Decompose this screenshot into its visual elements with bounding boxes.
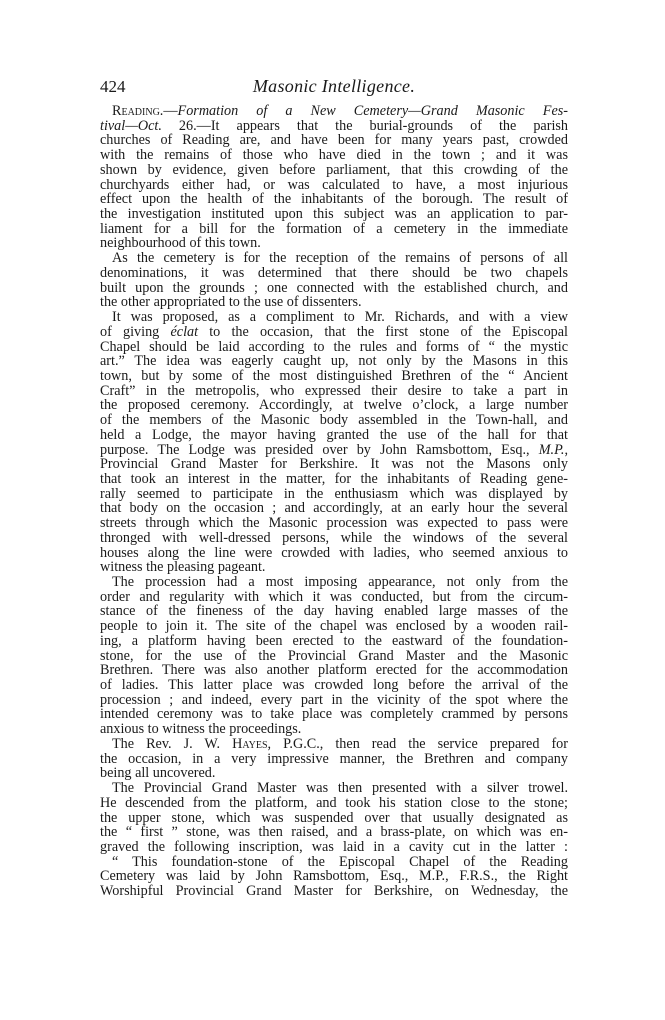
text-line: witness the pleasing pageant. bbox=[100, 560, 568, 575]
text-line: of giving éclat to the occasion, that th… bbox=[100, 325, 568, 340]
text-line: held a Lodge, the mayor having granted t… bbox=[100, 428, 568, 443]
text-line: intended ceremony was to take place was … bbox=[100, 707, 568, 722]
text-line: the other appropriated to the use of dis… bbox=[100, 295, 568, 310]
text-line: The Provincial Grand Master was then pre… bbox=[100, 781, 568, 796]
text-line: Reading.—Formation of a New Cemetery—Gra… bbox=[100, 104, 568, 119]
text-line: that took an interest in the matter, for… bbox=[100, 472, 568, 487]
text-line: order and regularity with which it was c… bbox=[100, 590, 568, 605]
text-line: denominations, it was determined that th… bbox=[100, 266, 568, 281]
text-line: Brethren. There was also another platfor… bbox=[100, 663, 568, 678]
text-line: the proposed ceremony. Accordingly, at t… bbox=[100, 398, 568, 413]
text-line: Provincial Grand Master for Berkshire. I… bbox=[100, 457, 568, 472]
text-line: that body on the occasion ; and accordin… bbox=[100, 501, 568, 516]
text-line: the occasion, in a very impressive manne… bbox=[100, 752, 568, 767]
text-line: purpose. The Lodge was presided over by … bbox=[100, 443, 568, 458]
text-line: thronged with well-dressed persons, whil… bbox=[100, 531, 568, 546]
text-line: people to join it. The site of the chape… bbox=[100, 619, 568, 634]
running-head: 424 Masonic Intelligence. bbox=[100, 77, 568, 97]
text-line: churchyards either had, or was calculate… bbox=[100, 178, 568, 193]
text-line: ing, a platform having been erected to t… bbox=[100, 634, 568, 649]
document-page: 424 Masonic Intelligence. Reading.—Forma… bbox=[0, 0, 665, 1020]
text-line: of the members of the Masonic body assem… bbox=[100, 413, 568, 428]
text-line: being all uncovered. bbox=[100, 766, 568, 781]
text-line: graved the following inscription, was la… bbox=[100, 840, 568, 855]
article-body: Reading.—Formation of a New Cemetery—Gra… bbox=[100, 104, 568, 899]
text-line: As the cemetery is for the reception of … bbox=[100, 251, 568, 266]
text-line: Cemetery was laid by John Ramsbottom, Es… bbox=[100, 869, 568, 884]
text-line: the upper stone, which was suspended ove… bbox=[100, 811, 568, 826]
text-line: Chapel should be laid according to the r… bbox=[100, 340, 568, 355]
text-line: streets through which the Masonic proces… bbox=[100, 516, 568, 531]
text-line: “ This foundation-stone of the Episcopal… bbox=[100, 855, 568, 870]
text-line: effect upon the health of the inhabitant… bbox=[100, 192, 568, 207]
text-line: art.” The idea was eagerly caught up, no… bbox=[100, 354, 568, 369]
text-line: Craft” in the metropolis, who expressed … bbox=[100, 384, 568, 399]
text-line: The Rev. J. W. Hayes, P.G.C., then read … bbox=[100, 737, 568, 752]
text-line: He descended from the platform, and took… bbox=[100, 796, 568, 811]
text-line: Worshipful Provincial Grand Master for B… bbox=[100, 884, 568, 899]
text-line: procession ; and indeed, every part in t… bbox=[100, 693, 568, 708]
running-title: Masonic Intelligence. bbox=[100, 76, 568, 97]
text-line: anxious to witness the proceedings. bbox=[100, 722, 568, 737]
text-line: the investigation instituted upon this s… bbox=[100, 207, 568, 222]
text-line: The procession had a most imposing appea… bbox=[100, 575, 568, 590]
text-line: houses along the line were crowded with … bbox=[100, 546, 568, 561]
text-line: of ladies. This latter place was crowded… bbox=[100, 678, 568, 693]
text-line: liament for a bill for the formation of … bbox=[100, 222, 568, 237]
text-line: neighbourhood of this town. bbox=[100, 236, 568, 251]
text-line: shown by evidence, given before parliame… bbox=[100, 163, 568, 178]
text-line: stone, for the use of the Provincial Gra… bbox=[100, 649, 568, 664]
text-line: It was proposed, as a compliment to Mr. … bbox=[100, 310, 568, 325]
text-line: stance of the fineness of the day having… bbox=[100, 604, 568, 619]
text-line: tival—Oct. 26.—It appears that the buria… bbox=[100, 119, 568, 134]
text-line: with the remains of those who have died … bbox=[100, 148, 568, 163]
text-line: built upon the grounds ; one connected w… bbox=[100, 281, 568, 296]
text-line: the “ first ” stone, was then raised, an… bbox=[100, 825, 568, 840]
text-line: rally seemed to participate in the enthu… bbox=[100, 487, 568, 502]
text-line: churches of Reading are, and have been f… bbox=[100, 133, 568, 148]
text-line: town, but by some of the most distinguis… bbox=[100, 369, 568, 384]
